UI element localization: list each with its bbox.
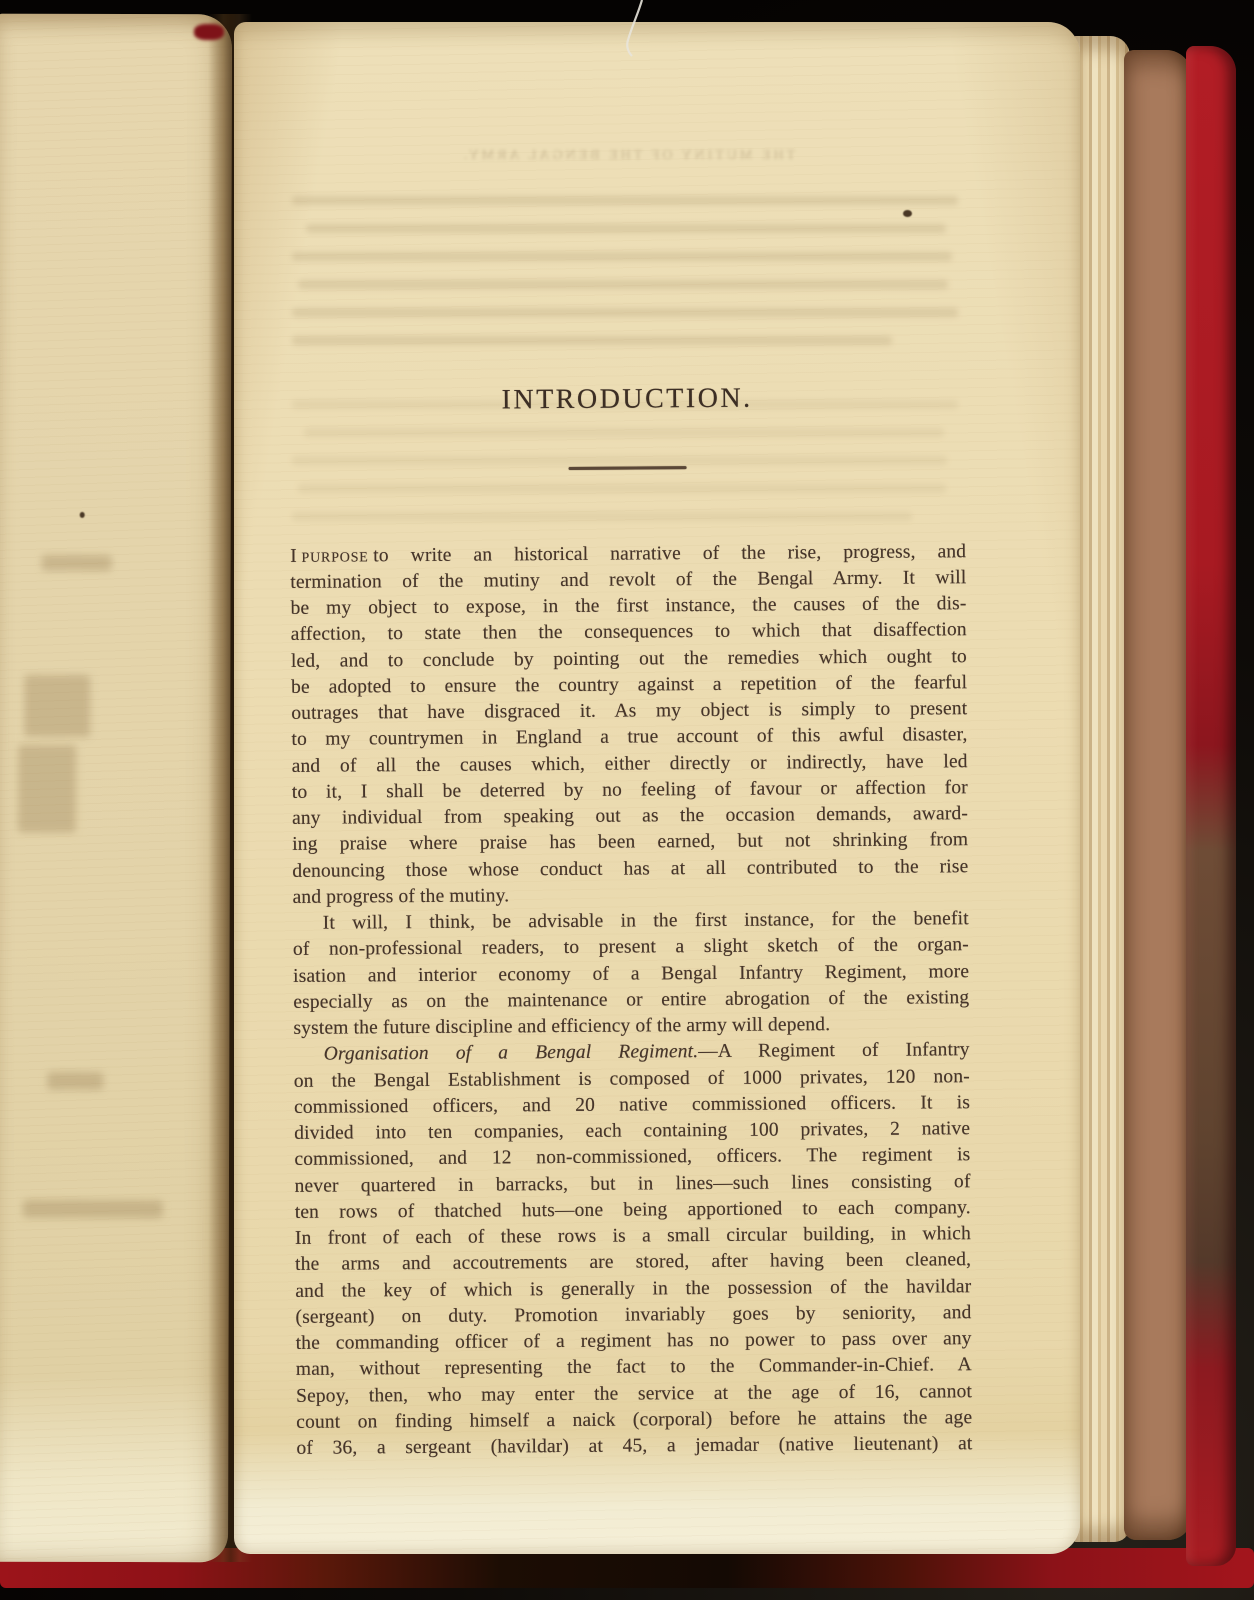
text-line: Organisation of a Bengal Regiment.—A Reg… <box>294 1037 970 1068</box>
bleed-through-line <box>292 196 958 205</box>
bleed-through-line <box>306 224 946 233</box>
bleed-through-smudge <box>47 1072 103 1090</box>
bleed-through-line <box>292 308 958 317</box>
dust-speck <box>903 210 912 217</box>
book-cover-right-edge <box>1186 46 1236 1566</box>
paragraph-lines: of non-professional readers, to present … <box>293 932 970 1042</box>
paragraph-lines: termination of the mutiny and revolt of … <box>290 565 968 911</box>
bleed-through-smudge <box>24 675 90 737</box>
bleed-through-running-head: THE MUTINY OF THE BENGAL ARMY. <box>438 148 818 164</box>
italic-lead: Organisation of a Bengal Regiment. <box>324 1041 699 1065</box>
text-line: of non-professional readers, to present … <box>293 932 969 963</box>
smallcaps-word: purpose <box>301 545 368 566</box>
text-line: to my countrymen in England a true accou… <box>291 722 967 753</box>
book-photo: THE MUTINY OF THE BENGAL ARMY. INTRODUCT… <box>0 0 1254 1600</box>
body-text: Ipurposeto write an historical narrative… <box>290 539 972 1462</box>
text-line: commissioned, and 12 non-commissioned, o… <box>294 1142 970 1173</box>
bleed-through-line <box>292 336 892 345</box>
text-line: ing praise where praise has been earned,… <box>292 827 968 858</box>
printed-text-block: INTRODUCTION. Ipurposeto write an histor… <box>289 380 973 1462</box>
left-facing-page <box>0 14 232 1563</box>
paragraph-lead: I <box>290 545 297 566</box>
fore-edge <box>1124 50 1192 1540</box>
right-page: THE MUTINY OF THE BENGAL ARMY. INTRODUCT… <box>234 22 1080 1554</box>
cover-red-peek <box>194 24 224 40</box>
bleed-through-line <box>292 252 952 261</box>
bleed-through-line <box>298 280 948 289</box>
paragraph-lines: on the Bengal Establishment is composed … <box>294 1064 973 1462</box>
line-text: It will, I think, be advisable in the fi… <box>323 908 969 934</box>
text-line: affection, to state then the consequence… <box>291 617 967 648</box>
bleed-through-smudge <box>42 555 112 571</box>
text-line: man, without representing the fact to th… <box>296 1352 972 1383</box>
line-text: —A Regiment of Infantry <box>698 1039 970 1062</box>
bookmark-thread <box>598 0 668 58</box>
paragraph: Organisation of a Bengal Regiment.—A Reg… <box>294 1037 973 1462</box>
title-rule <box>569 466 687 469</box>
text-line: the arms and accoutrements are stored, a… <box>295 1247 971 1278</box>
text-line: denouncing those whose conduct has at al… <box>292 854 968 885</box>
page-title: INTRODUCTION. <box>289 380 965 419</box>
line-text: to write an historical narrative of the … <box>373 541 966 566</box>
bleed-through-smudge <box>18 745 76 833</box>
paragraph: It will, I think, be advisable in the fi… <box>293 906 970 1042</box>
page-edge-stack <box>1074 36 1130 1542</box>
text-line: especially as on the maintenance or enti… <box>293 985 969 1016</box>
paragraph: Ipurposeto write an historical narrative… <box>290 539 969 911</box>
text-line: of 36, a sergeant (havildar) at 45, a je… <box>296 1431 972 1462</box>
dust-speck <box>80 512 85 518</box>
bleed-through-smudge <box>23 1200 163 1218</box>
